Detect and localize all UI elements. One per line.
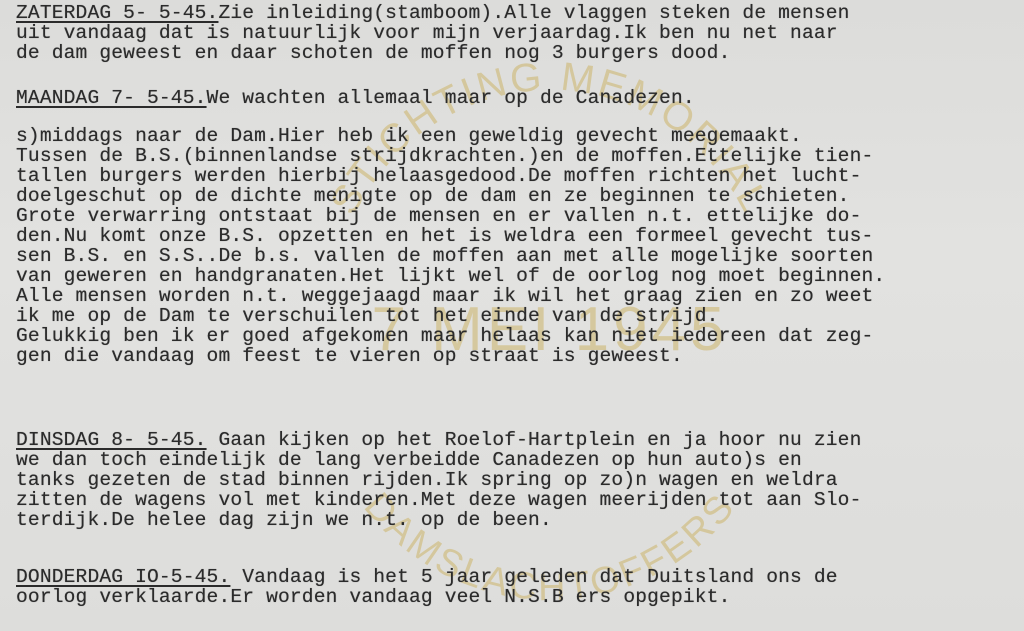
- entry-monday-line-2: s)middags naar de Dam.Hier heb ik een ge…: [16, 126, 802, 146]
- entry-date: ZATERDAG 5- 5-45.: [16, 2, 218, 24]
- entry-monday-line-1: MAANDAG 7- 5-45.We wachten allemaal maar…: [16, 88, 695, 108]
- entry-monday-line-8: sen B.S. en S.S..De b.s. vallen de moffe…: [16, 246, 873, 266]
- entry-thursday-line-2: oorlog verklaarde.Er worden vandaag veel…: [16, 587, 731, 607]
- diary-page: STICHTING MEMORIAL 7 MEI 1945 DAMSLACHTO…: [0, 0, 1024, 631]
- entry-monday-line-12: Gelukkig ben ik er goed afgekomen maar h…: [16, 326, 873, 346]
- entry-monday-line-4: tallen burgers werden hierbij helaasgedo…: [16, 166, 861, 186]
- entry-saturday-line-1: ZATERDAG 5- 5-45.Zie inleiding(stamboom)…: [16, 3, 850, 23]
- entry-tuesday-line-2: we dan toch eindelijk de lang verbeidde …: [16, 450, 802, 470]
- entry-monday-line-3: Tussen de B.S.(binnenlandse strijdkracht…: [16, 146, 873, 166]
- entry-saturday-line-2: uit vandaag dat is natuurlijk voor mijn …: [16, 23, 838, 43]
- entry-monday-line-9: van geweren en handgranaten.Het lijkt we…: [16, 266, 885, 286]
- entry-monday-line-13: gen die vandaag om feest te vieren op st…: [16, 346, 683, 366]
- entry-monday-line-5: doelgeschut op de dichte menigte op de d…: [16, 186, 850, 206]
- entry-tuesday-line-5: terdijk.De helee dag zijn we n.t. op de …: [16, 510, 552, 530]
- entry-tuesday-line-4: zitten de wagens vol met kinderen.Met de…: [16, 490, 861, 510]
- entry-date: MAANDAG 7- 5-45.: [16, 87, 207, 109]
- entry-monday-line-10: Alle mensen worden n.t. weggejaagd maar …: [16, 286, 873, 306]
- entry-tuesday-line-1: DINSDAG 8- 5-45. Gaan kijken op het Roel…: [16, 430, 861, 450]
- entry-tuesday-line-3: tanks gezeten de stad binnen rijden.Ik s…: [16, 470, 838, 490]
- entry-date: DONDERDAG IO-5-45.: [16, 566, 230, 588]
- entry-saturday-line-3: de dam geweest en daar schoten de moffen…: [16, 43, 731, 63]
- entry-monday-line-6: Grote verwarring ontstaat bij de mensen …: [16, 206, 861, 226]
- entry-thursday-line-1: DONDERDAG IO-5-45. Vandaag is het 5 jaar…: [16, 567, 838, 587]
- entry-monday-line-7: den.Nu komt onze B.S. opzetten en het is…: [16, 226, 873, 246]
- entry-date: DINSDAG 8- 5-45.: [16, 429, 207, 451]
- entry-monday-line-11: ik me op de Dam te verschuilen tot het e…: [16, 306, 719, 326]
